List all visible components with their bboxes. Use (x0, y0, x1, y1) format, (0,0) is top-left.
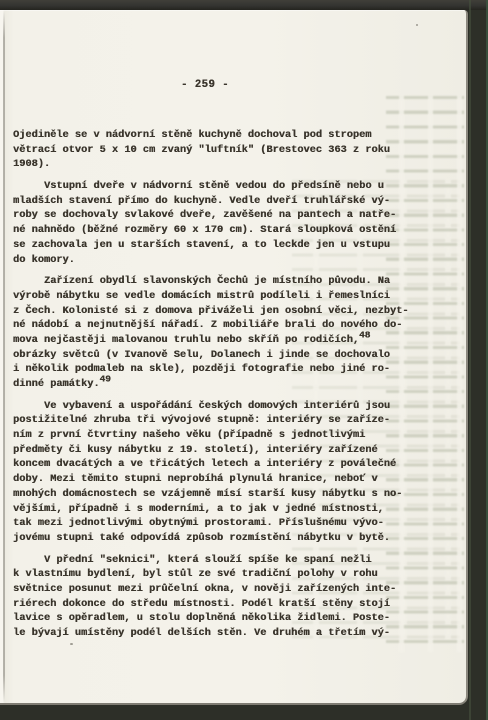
text-line: riérech dokonce do středu místnosti. Pod… (13, 597, 417, 612)
scanned-book-photo: - 259 - Ojediněle se v nádvorní stěně ku… (0, 0, 488, 720)
page-gutter-crease (3, 10, 5, 703)
text-line: Zařízení obydlí slavonských Čechů je mís… (13, 274, 417, 289)
text-line: postižitelné zhruba tři vývojové stupně:… (13, 413, 417, 428)
text-line: mova nejčastěji malovanou truhlu nebo sk… (13, 333, 417, 348)
paper-speck (416, 24, 418, 26)
text-line: z Čech. Kolonisté si z domova přiváželi … (13, 304, 417, 319)
paragraph: Ojediněle se v nádvorní stěně kuchyně do… (13, 128, 417, 172)
paragraph: Zařízení obydlí slavonských Čechů je mís… (13, 274, 417, 392)
paper-speck (70, 643, 73, 645)
text-line: výrobě nábytku se vedle domácích mistrů … (13, 289, 417, 304)
text-line: V přední "seknici", která slouží spíše k… (13, 553, 417, 568)
footnote-reference: 49 (100, 373, 111, 388)
text-line: ním z první čtvrtiny našeho věku (případ… (13, 428, 417, 443)
text-line: předměty či kusy nábytku z 19. století),… (13, 443, 417, 458)
text-line: roby se dochovaly svlakové dveře, zavěše… (13, 208, 417, 223)
page-number: - 259 - (3, 78, 407, 93)
text-line: Ve vybavení a uspořádání českých domovýc… (13, 399, 417, 414)
text-line: světnice posunut mezi průčelní okna, v n… (13, 582, 417, 597)
text-line: se zachovala jen u starších stavení, a t… (13, 238, 417, 253)
text-line: le bývají umístěny podél delších stěn. V… (13, 626, 417, 641)
text-line: i několik podmaleb na skle), později fot… (13, 362, 417, 377)
text-line: né nahnědo (běžné rozměry 60 x 170 cm). … (13, 223, 417, 238)
paragraph: Vstupní dveře v nádvorní stěně vedou do … (13, 179, 417, 267)
text-line: vějšími, případně i s moderními, a to ja… (13, 502, 417, 517)
text-line: k vlastnímu bydlení, byl stůl ze své tra… (13, 567, 417, 582)
text-line: lavice s opěradlem, u stolu doplněná něk… (13, 611, 417, 626)
text-line: 1908). (13, 157, 417, 172)
text-line: jovému stupni také odpovídá způsob rozmí… (13, 531, 417, 546)
book-cover-top-band (0, 0, 488, 10)
paragraph: V přední "seknici", která slouží spíše k… (13, 553, 417, 641)
text-line: doby. Mezi těmito stupni neprobíhá plynu… (13, 472, 417, 487)
text-line: obrázky světců (v Ivanově Selu, Dolanech… (13, 348, 417, 363)
text-line: koncem dvacátých a ve třicátých letech a… (13, 457, 417, 472)
paragraph: Ve vybavení a uspořádání českých domovýc… (13, 399, 417, 546)
text-line: Vstupní dveře v nádvorní stěně vedou do … (13, 179, 417, 194)
text-line: dinné památky.49 (13, 377, 417, 392)
text-column: - 259 - Ojediněle se v nádvorní stěně ku… (13, 78, 417, 641)
book-page: - 259 - Ojediněle se v nádvorní stěně ku… (0, 10, 468, 705)
text-line: Ojediněle se v nádvorní stěně kuchyně do… (13, 128, 417, 143)
text-line: mladších stavení přímo do kuchyně. Vedle… (13, 194, 417, 209)
footnote-reference: 48 (359, 328, 370, 343)
text-line: větrací otvor 5 x 10 cm zvaný "luftník" … (13, 143, 417, 158)
text-line: do komory. (13, 253, 417, 268)
text-line: né nádobí a nejnutnější nářadí. Z mobili… (13, 318, 417, 333)
text-line: tak mezi jednotlivými obytnými prostoram… (13, 516, 417, 531)
book-cover-edge-highlight (469, 0, 471, 720)
page-body: Ojediněle se v nádvorní stěně kuchyně do… (13, 128, 417, 641)
text-line: mnohých domácnostech se vzájemně mísí st… (13, 487, 417, 502)
